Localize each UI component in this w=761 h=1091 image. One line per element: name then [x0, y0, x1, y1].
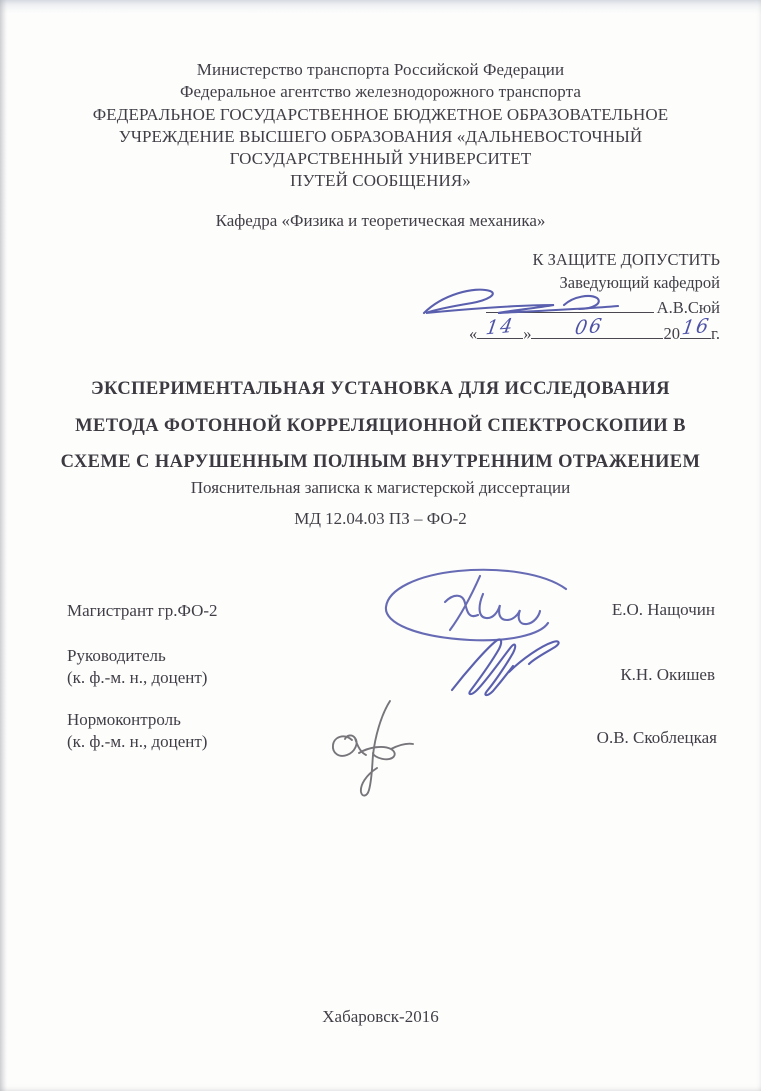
- nashchochin-signature-icon: [382, 567, 574, 647]
- handwritten-month: 06: [574, 315, 606, 341]
- date-day-blank: 14: [477, 320, 523, 339]
- role-line: Магистрант гр.ФО-2: [67, 600, 218, 622]
- role-line: Руководитель: [67, 645, 207, 667]
- date-close-quote: »: [523, 324, 531, 343]
- date-suffix: г.: [711, 324, 720, 343]
- scanned-title-page: Министерство транспорта Российской Федер…: [0, 0, 761, 1091]
- date-open-quote: «: [469, 324, 477, 343]
- date-century: 20: [663, 324, 680, 343]
- city-year-line: Хабаровск-2016: [0, 1007, 761, 1027]
- title-line-2: МЕТОДА ФОТОННОЙ КОРРЕЛЯЦИОННОЙ СПЕКТРОСК…: [0, 408, 761, 445]
- role-line: Нормоконтроль: [67, 709, 207, 731]
- skobletskaya-signature-icon: [328, 697, 416, 799]
- role-degree-line: (к. ф.-м. н., доцент): [67, 731, 207, 753]
- signatory-name-okishev: К.Н. Окишев: [620, 665, 715, 685]
- university-line-1: ФЕДЕРАЛЬНОЕ ГОСУДАРСТВЕННОЕ БЮДЖЕТНОЕ ОБ…: [0, 104, 761, 126]
- date-year-blank: 16: [680, 320, 711, 339]
- approval-date-row: «14»062016г.: [469, 320, 720, 345]
- signatory-name-skobletskaya: О.В. Скоблецкая: [597, 728, 717, 748]
- signatory-name-nashchochin: Е.О. Нащочин: [612, 600, 715, 620]
- university-line-2: УЧРЕЖДЕНИЕ ВЫСШЕГО ОБРАЗОВАНИЯ «ДАЛЬНЕВО…: [0, 126, 761, 148]
- date-month-blank: 06: [531, 320, 663, 339]
- handwritten-year: 16: [680, 315, 712, 341]
- role-degree-line: (к. ф.-м. н., доцент): [67, 667, 207, 689]
- handwritten-day: 14: [484, 315, 516, 341]
- signatory-role-normcontrol: Нормоконтроль (к. ф.-м. н., доцент): [67, 709, 207, 752]
- approval-block: К ЗАЩИТЕ ДОПУСТИТЬ Заведующий кафедрой А…: [469, 248, 720, 345]
- university-line-4: ПУТЕЙ СООБЩЕНИЯ»: [0, 170, 761, 192]
- admit-line: К ЗАЩИТЕ ДОПУСТИТЬ: [469, 248, 720, 271]
- head-signature-blank: [486, 294, 654, 313]
- document-code: МД 12.04.03 ПЗ – ФО-2: [0, 509, 761, 529]
- institution-header: Министерство транспорта Российской Федер…: [0, 59, 761, 193]
- okishev-signature-icon: [446, 637, 566, 697]
- signatory-role-supervisor: Руководитель (к. ф.-м. н., доцент): [67, 645, 207, 688]
- ministry-line: Министерство транспорта Российской Федер…: [0, 59, 761, 81]
- university-line-3: ГОСУДАРСТВЕННЫЙ УНИВЕРСИТЕТ: [0, 148, 761, 170]
- head-of-department-title: Заведующий кафедрой: [469, 271, 720, 294]
- signatory-role-magistrant: Магистрант гр.ФО-2: [67, 600, 218, 622]
- department-line: Кафедра «Физика и теоретическая механика…: [0, 211, 761, 231]
- thesis-subtitle: Пояснительная записка к магистерской дис…: [0, 478, 761, 498]
- agency-line: Федеральное агентство железнодорожного т…: [0, 81, 761, 103]
- thesis-title: ЭКСПЕРИМЕНТАЛЬНАЯ УСТАНОВКА ДЛЯ ИССЛЕДОВ…: [0, 371, 761, 481]
- title-line-3: СХЕМЕ С НАРУШЕННЫМ ПОЛНЫМ ВНУТРЕННИМ ОТР…: [0, 444, 761, 481]
- title-line-1: ЭКСПЕРИМЕНТАЛЬНАЯ УСТАНОВКА ДЛЯ ИССЛЕДОВ…: [0, 371, 761, 408]
